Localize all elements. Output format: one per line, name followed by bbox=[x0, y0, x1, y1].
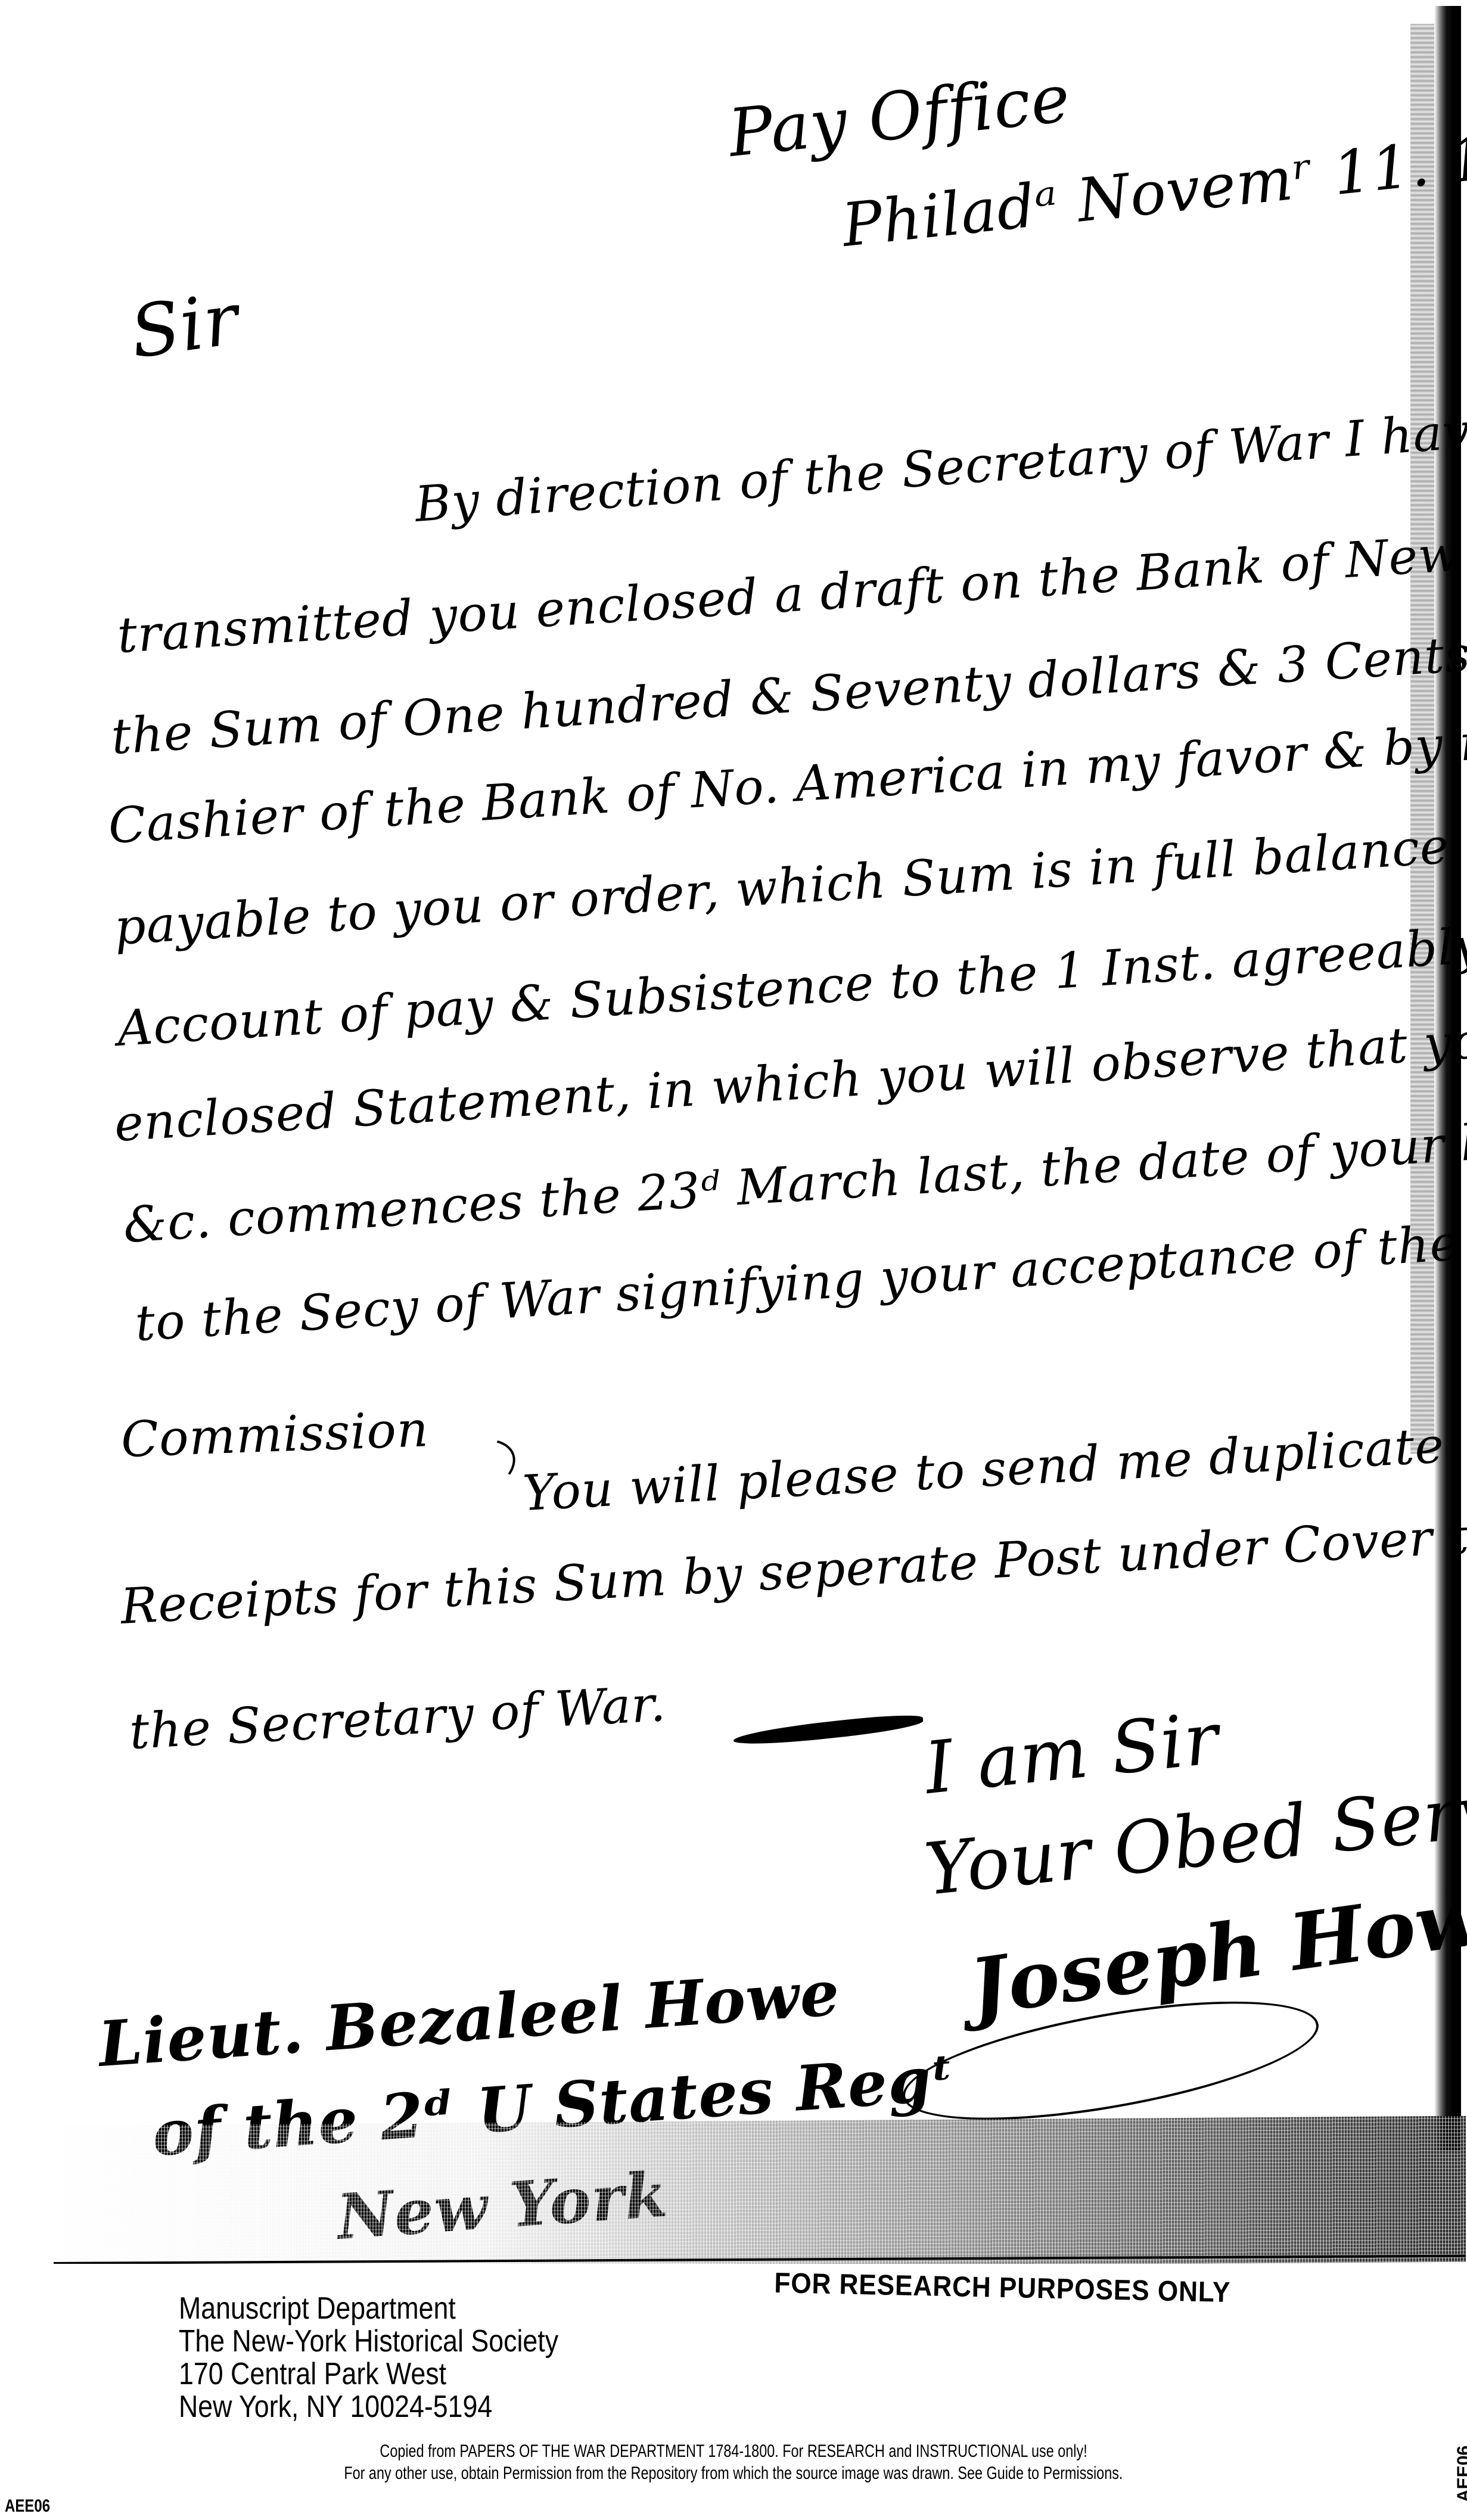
repository-department: Manuscript Department bbox=[179, 2292, 558, 2325]
letter-heading-office: Pay Office bbox=[725, 60, 1074, 172]
repository-institution: The New-York Historical Society bbox=[179, 2325, 558, 2358]
letter-body-line-10: Commission bbox=[120, 1401, 430, 1469]
repository-address-block: Manuscript Department The New-York Histo… bbox=[179, 2292, 558, 2423]
letter-salutation: Sir bbox=[126, 278, 244, 375]
letter-body-line-1: By direction of the Secretary of War I h… bbox=[413, 401, 1467, 533]
usage-notice-text-1: Copied from PAPERS OF THE WAR DEPARTMENT… bbox=[380, 2441, 1087, 2462]
usage-notice-line-2: For any other use, obtain Permission fro… bbox=[0, 2463, 1467, 2484]
ink-dash-line-ending bbox=[732, 1712, 924, 1748]
letter-body2-line-2: Receipts for this Sum by seperate Post u… bbox=[119, 1507, 1467, 1635]
usage-notice-line-1: Copied from PAPERS OF THE WAR DEPARTMENT… bbox=[0, 2441, 1467, 2462]
manuscript-page: Pay Office Philadᵃ Novemʳ 11. 1791 Sir B… bbox=[0, 0, 1467, 2264]
document-code-left: AEE06 bbox=[5, 2496, 50, 2516]
document-code-right: AEE06 bbox=[1454, 2446, 1467, 2502]
letter-body2-line-3: the Secretary of War. bbox=[128, 1676, 667, 1760]
photocopy-noise-band bbox=[48, 2116, 1466, 2272]
repository-city-zip: New York, NY 10024-5194 bbox=[179, 2391, 558, 2423]
letter-body2-line-1: You will please to send me duplicate bbox=[521, 1417, 1446, 1522]
usage-notice-text-2: For any other use, obtain Permission fro… bbox=[344, 2463, 1123, 2484]
letter-closing-line-1: I am Sir bbox=[921, 1697, 1223, 1810]
repository-street: 170 Central Park West bbox=[179, 2358, 558, 2391]
